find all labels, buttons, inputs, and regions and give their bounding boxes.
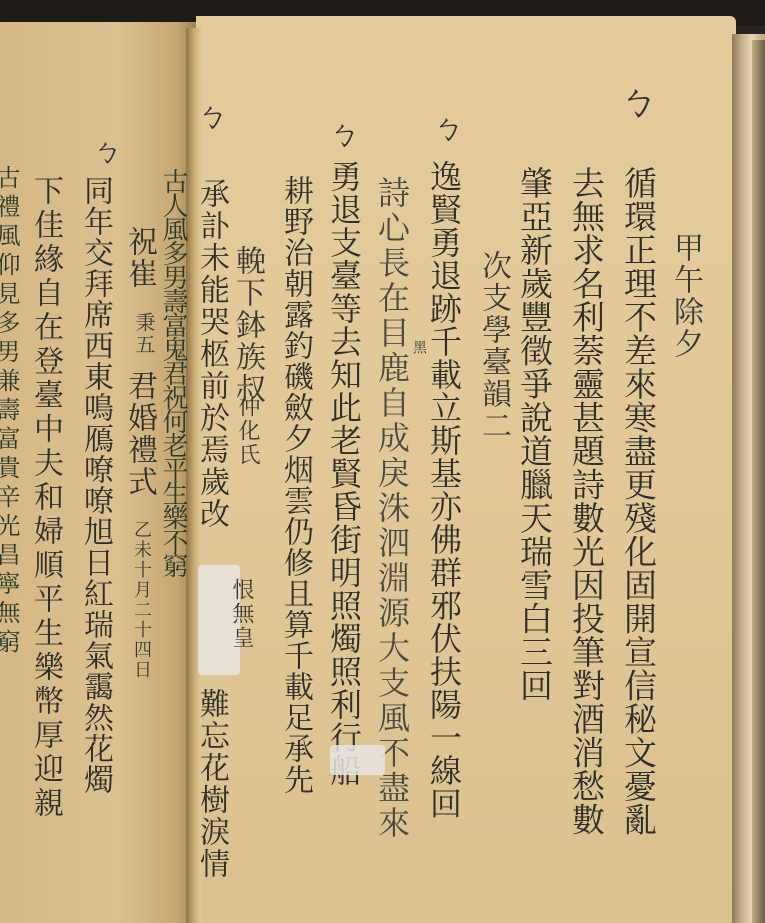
section-mark: ㄅ	[618, 82, 658, 122]
poem3-title: 輓下鉢族叔	[232, 245, 262, 405]
poem4-line-2: 下佳緣自在登臺中夫和婦順平生樂幣厚迎親	[30, 175, 60, 821]
section-mark: ㄅ	[328, 118, 360, 150]
poem3-author-note: 仲化氏	[236, 395, 258, 467]
poem2-title: 次支學臺韻二	[478, 250, 508, 442]
poem4-title: 祝崔	[124, 226, 154, 290]
section-mark: ㄅ	[432, 112, 464, 144]
gutter-line: 古人風多男壽富鬼君祝何老平生樂不窮	[160, 168, 186, 576]
poem1-line-2: 去無求名利萘靈甚題詩數光因投筆對酒消愁數	[570, 166, 603, 836]
scanned-manuscript: ㄅ 甲午除夕 循環正理不差來寒盡更殘化固開宣信秘文憂亂 去無求名利萘靈甚題詩數光…	[0, 0, 765, 923]
poem2-line-3: 勇退支臺等去知此老賢昏街明照燭照利行船	[328, 160, 360, 787]
poem2-line-4: 耕野治朝露釣磯斂夕烟雲仍修且算千載足承先	[280, 175, 310, 795]
poem2-line-1: 逸賢勇退跡千載立斯基亦佛群邪伏扶陽一線回	[428, 160, 460, 820]
poem1-title: 甲午除夕	[670, 232, 700, 360]
section-mark: ㄅ	[92, 138, 122, 168]
poem4-line-1: 同年交拜席西東鳴鴈嘹嘹旭日紅瑞氣靄然花燭	[80, 175, 110, 795]
edge-line: 古禮風仰見多男兼壽富貴辛光昌寧無窮	[0, 165, 18, 658]
poem2-line-2: 詩心長在目鹿自成戾洙泗淵源大支風不盡來	[376, 176, 408, 841]
poem3-line-2: 難忘花樹淚情	[196, 688, 226, 880]
poem4-title-rest: 君婚禮式	[124, 370, 154, 498]
poem4-author-note: 秉五	[134, 312, 154, 356]
page-stack-edge-dark	[752, 40, 765, 923]
section-mark: ㄅ	[196, 100, 228, 132]
erased-patch	[330, 745, 385, 775]
poem1-line-1: 循環正理不差來寒盡更殘化固開宣信秘文憂亂	[622, 166, 655, 836]
poem3-line-1: 承訃未能哭柩前於焉歲改	[196, 178, 226, 530]
poem4-date-note: 乙未十月二十四日	[132, 520, 150, 680]
poem1-line-3: 肇亞新歲豐徵爭說道臘天瑞雪白三回	[518, 166, 551, 702]
poem3-side-note: 恨無皇	[230, 578, 252, 650]
interlinear-note: 黑	[412, 340, 426, 356]
